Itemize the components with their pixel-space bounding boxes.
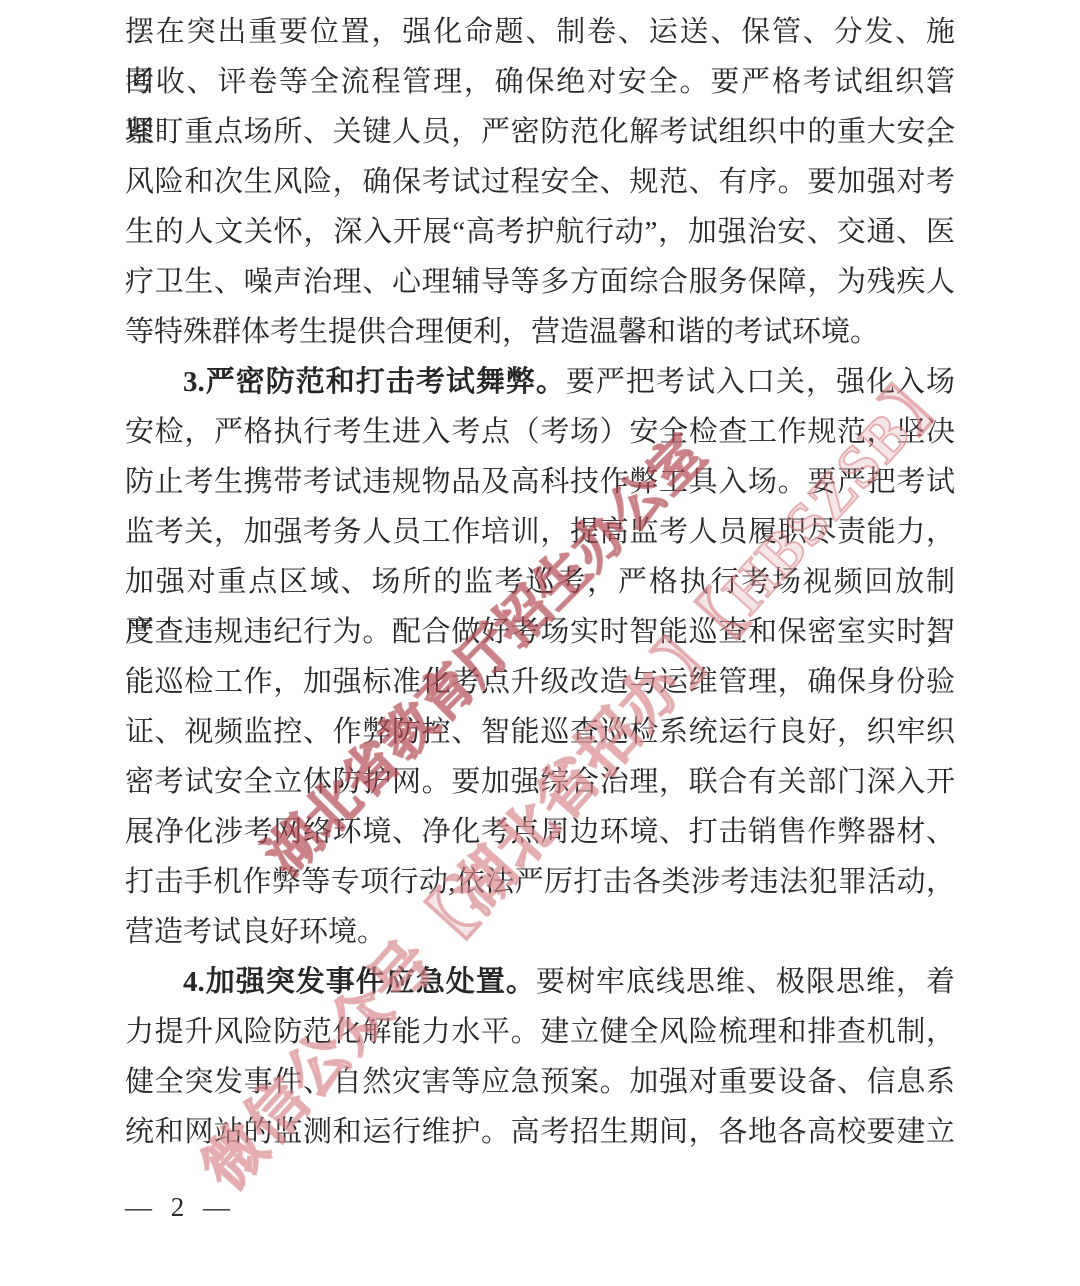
text-line: 风险和次生风险，确保考试过程安全、规范、有序。要加强对考	[125, 157, 955, 207]
text-line: 密考试安全立体防护网。要加强综合治理，联合有关部门深入开	[125, 757, 955, 807]
text-segment: 力提升风险防范化解能力水平。建立健全风险梳理和排查机制，	[125, 1016, 955, 1048]
text-line: 4.加强突发事件应急处置。要树牢底线思维、极限思维，着	[125, 957, 955, 1007]
text-line: 疗卫生、噪声治理、心理辅导等多方面综合服务保障，为残疾人	[125, 257, 955, 307]
text-segment: 紧盯重点场所、关键人员，严密防范化解考试组织中的重大安全	[125, 116, 955, 148]
text-line: 统和网站的监测和运行维护。高考招生期间，各地各高校要建立	[125, 1107, 955, 1157]
text-line: 加强对重点区域、场所的监考巡考，严格执行考场视频回放制度，	[125, 557, 955, 607]
heading-segment: 3.严密防范和打击考试舞弊。	[183, 366, 566, 398]
text-line: 展净化涉考网络环境、净化考点周边环境、打击销售作弊器材、	[125, 807, 955, 857]
text-segment: 统和网站的监测和运行维护。高考招生期间，各地各高校要建立	[125, 1116, 955, 1148]
heading-segment: 4.加强突发事件应急处置。	[183, 966, 536, 998]
text-segment: 证、视频监控、作弊防控、智能巡查巡检系统运行良好，织牢织	[125, 716, 955, 748]
text-segment: 防止考生携带考试违规物品及高科技作弊工具入场。要严把考试	[125, 466, 955, 498]
text-segment: 要严把考试入口关，强化入场	[566, 366, 955, 398]
text-line: 能巡检工作，加强标准化考点升级改造与运维管理，确保身份验	[125, 657, 955, 707]
text-segment: 监考关，加强考务人员工作培训，提高监考人员履职尽责能力，	[125, 516, 955, 548]
text-line: 生的人文关怀，深入开展“高考护航行动”，加强治安、交通、医	[125, 207, 955, 257]
text-segment: 风险和次生风险，确保考试过程安全、规范、有序。要加强对考	[125, 166, 955, 198]
text-line: 营造考试良好环境。	[125, 907, 955, 957]
text-line: 监考关，加强考务人员工作培训，提高监考人员履职尽责能力，	[125, 507, 955, 557]
text-line: 安检，严格执行考生进入考点（考场）安全检查工作规范，坚决	[125, 407, 955, 457]
text-line: 紧盯重点场所、关键人员，严密防范化解考试组织中的重大安全	[125, 107, 955, 157]
text-line: 打击手机作弊等专项行动,依法严厉打击各类涉考违法犯罪活动，	[125, 857, 955, 907]
page-number: — 2 —	[125, 1192, 236, 1223]
text-segment: 健全突发事件、自然灾害等应急预案。加强对重要设备、信息系	[125, 1066, 955, 1098]
text-segment: 打击手机作弊等专项行动,依法严厉打击各类涉考违法犯罪活动，	[125, 866, 955, 898]
text-segment: 严查违规违纪行为。配合做好考场实时智能巡查和保密室实时智	[125, 616, 955, 648]
text-line: 证、视频监控、作弊防控、智能巡查巡检系统运行良好，织牢织	[125, 707, 955, 757]
text-segment: 展净化涉考网络环境、净化考点周边环境、打击销售作弊器材、	[125, 816, 955, 848]
text-line: 3.严密防范和打击考试舞弊。要严把考试入口关，强化入场	[125, 357, 955, 407]
document-page: 湖北省教育厅招生办公室 微信公众号【湖北省招办】【HBSZSB】 摆在突出重要位…	[0, 0, 1080, 1286]
text-segment: 生的人文关怀，深入开展“高考护航行动”，加强治安、交通、医	[125, 216, 955, 248]
text-line: 摆在突出重要位置，强化命题、制卷、运送、保管、分发、施考、	[125, 7, 955, 57]
text-line: 健全突发事件、自然灾害等应急预案。加强对重要设备、信息系	[125, 1057, 955, 1107]
text-segment: 营造考试良好环境。	[125, 916, 386, 948]
text-line: 防止考生携带考试违规物品及高科技作弊工具入场。要严把考试	[125, 457, 955, 507]
text-segment: 能巡检工作，加强标准化考点升级改造与运维管理，确保身份验	[125, 666, 955, 698]
text-line: 等特殊群体考生提供合理便利，营造温馨和谐的考试环境。	[125, 307, 955, 357]
text-segment: 要树牢底线思维、极限思维，着	[536, 966, 955, 998]
text-line: 严查违规违纪行为。配合做好考场实时智能巡查和保密室实时智	[125, 607, 955, 657]
text-line: 回收、评卷等全流程管理，确保绝对安全。要严格考试组织管理，	[125, 57, 955, 107]
text-segment: 密考试安全立体防护网。要加强综合治理，联合有关部门深入开	[125, 766, 955, 798]
text-segment: 疗卫生、噪声治理、心理辅导等多方面综合服务保障，为残疾人	[125, 266, 955, 298]
text-line: 力提升风险防范化解能力水平。建立健全风险梳理和排查机制，	[125, 1007, 955, 1057]
text-block: 摆在突出重要位置，强化命题、制卷、运送、保管、分发、施考、回收、评卷等全流程管理…	[125, 7, 955, 1157]
text-segment: 等特殊群体考生提供合理便利，营造温馨和谐的考试环境。	[125, 316, 879, 348]
text-segment: 安检，严格执行考生进入考点（考场）安全检查工作规范，坚决	[125, 416, 955, 448]
